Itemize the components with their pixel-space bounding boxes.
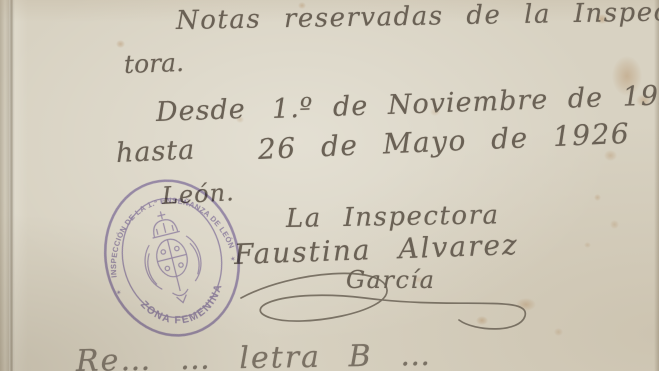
manuscript-page: Notas reservadas de la Inspec- tora. Des…	[0, 0, 659, 371]
laurel-left	[141, 245, 163, 292]
paper-crease	[9, 0, 14, 371]
foxing-stain	[604, 150, 617, 161]
stamp-bottom-arc-text: ZONA FEMENINA	[137, 279, 233, 336]
heading-line-1: Notas reservadas de la Inspec-	[176, 0, 659, 36]
signature-name: Faustina Alvarez	[233, 228, 519, 271]
heading-line-2: tora.	[123, 48, 184, 79]
stamp-left-star: ✶	[115, 288, 123, 297]
page-right-edge-shadow	[654, 0, 659, 371]
foxing-stain	[610, 220, 619, 229]
crown-icon	[149, 217, 180, 238]
date-to-label: hasta	[115, 135, 196, 169]
crown-cross-icon	[157, 210, 167, 220]
pendant	[169, 275, 191, 305]
foxing-stain	[584, 242, 591, 248]
foxing-stain	[116, 40, 125, 48]
date-to-value: 26 de Mayo de 1926	[257, 117, 631, 166]
stamp-emblem	[133, 205, 210, 310]
foxing-stain	[594, 194, 601, 201]
signature-flourish	[233, 270, 563, 338]
stamp-right-star: ✶	[229, 255, 237, 264]
date-from-label: Desde	[155, 94, 246, 128]
